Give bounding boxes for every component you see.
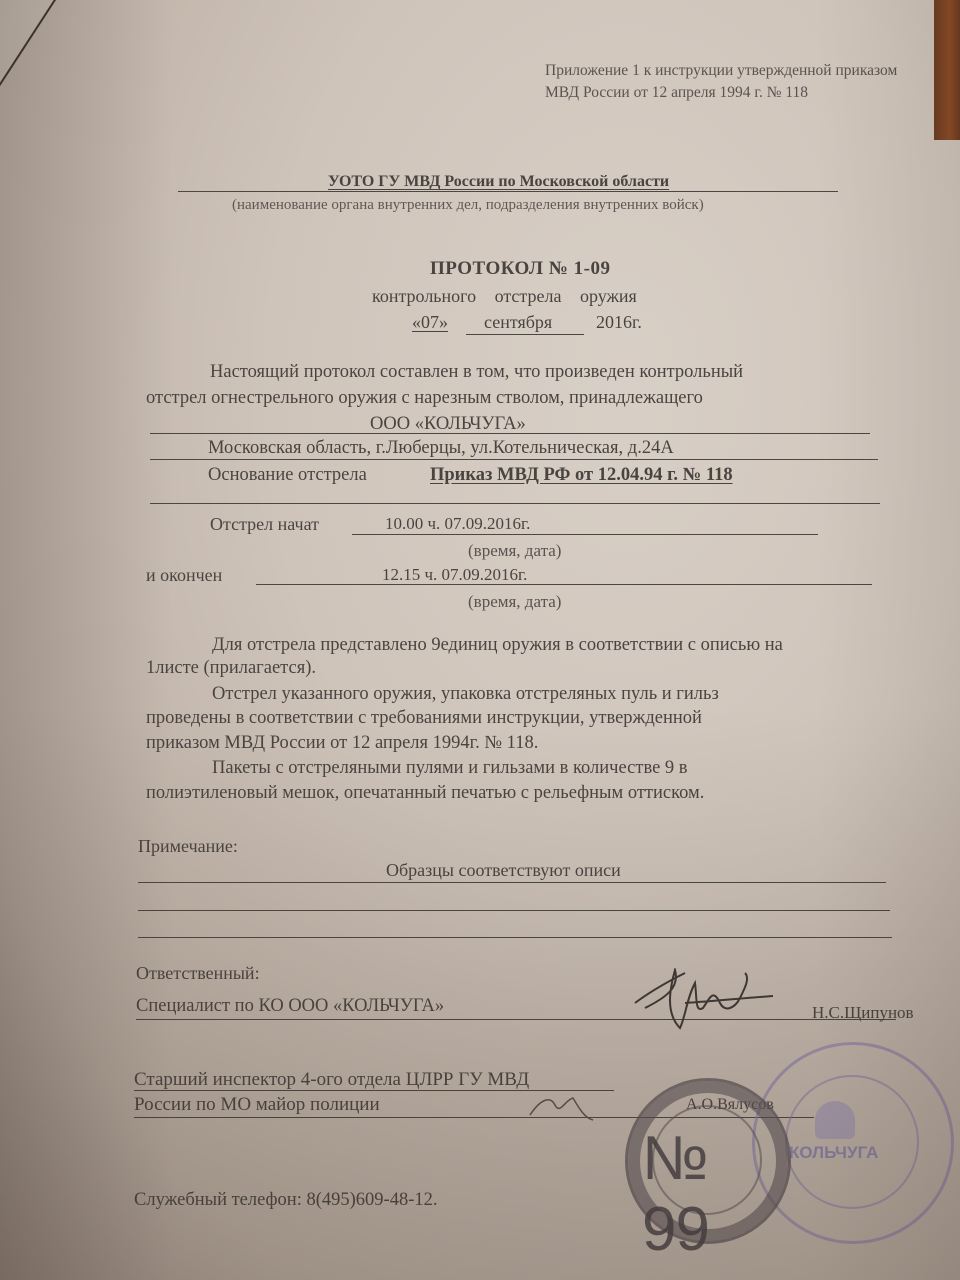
date-year: 2016г. [596, 312, 642, 333]
appendix-note: Приложение 1 к инструкции утвержденной п… [545, 60, 905, 104]
owner-name: ООО «КОЛЬЧУГА» [370, 414, 526, 435]
note-line-2 [138, 910, 890, 911]
inspector-role-line-1: Старший инспектор 4-ого отдела ЦЛРР ГУ М… [134, 1069, 529, 1091]
end-underline [256, 584, 872, 585]
paragraph-line: 1листе (прилагается). [146, 658, 316, 679]
company-stamp-text: КОЛЬЧУГА [789, 1143, 878, 1163]
org-underline [178, 191, 838, 192]
paragraph-line: полиэтиленовый мешок, опечатанный печать… [146, 783, 704, 804]
responsible-underline [136, 1019, 896, 1020]
note-label: Примечание: [138, 836, 238, 857]
address-underline [150, 459, 878, 460]
end-caption: (время, дата) [468, 592, 561, 612]
note-value: Образцы соответствуют описи [386, 860, 621, 881]
signature-icon [625, 968, 775, 1038]
paragraph-line: Для отстрела представлено 9единиц оружия… [212, 635, 783, 656]
paragraph-line: проведены в соответствии с требованиями … [146, 708, 702, 729]
start-caption: (время, дата) [468, 541, 561, 561]
organization-caption: (наименование органа внутренних дел, под… [232, 197, 704, 214]
paragraph-line: Пакеты с отстреляными пулями и гильзами … [212, 758, 688, 779]
start-label: Отстрел начат [210, 514, 319, 535]
dome-emblem-icon [815, 1101, 855, 1139]
table-edge [934, 0, 960, 140]
note-line-1 [138, 882, 886, 883]
intro-line-1: Настоящий протокол составлен в том, что … [210, 362, 743, 383]
responsible-label: Ответственный: [136, 963, 260, 984]
responsible-role: Специалист по КО ООО «КОЛЬЧУГА» [136, 996, 444, 1017]
responsible-name: Н.С.Щипунов [812, 1003, 914, 1023]
stamp-number: № 99 [642, 1123, 788, 1265]
intro-line-2: отстрел огнестрельного оружия с нарезным… [146, 388, 703, 409]
basis-value: Приказ МВД РФ от 12.04.94 г. № 118 [430, 465, 733, 486]
date-day: «07» [412, 312, 448, 333]
basis-blank-line [150, 503, 880, 504]
start-value: 10.00 ч. 07.09.2016г. [385, 514, 530, 534]
date-month: сентября [484, 312, 552, 333]
end-label: и окончен [146, 565, 222, 586]
paragraph-line: Отстрел указанного оружия, упаковка отст… [212, 684, 719, 705]
protocol-subtitle: контрольного отстрела оружия [372, 286, 637, 307]
organization-name: УОТО ГУ МВД России по Московской области [328, 173, 669, 191]
owner-address: Московская область, г.Люберцы, ул.Котель… [208, 438, 674, 459]
initials-signature-icon [525, 1090, 595, 1125]
note-line-3 [138, 937, 892, 938]
paper-fold-edge [0, 0, 82, 111]
end-value: 12.15 ч. 07.09.2016г. [382, 565, 527, 585]
start-underline [352, 534, 818, 535]
inspector-role-line-2: России по МО майор полиции [134, 1094, 380, 1116]
paragraph-line: приказом МВД России от 12 апреля 1994г. … [146, 733, 538, 754]
date-month-underline [466, 334, 584, 335]
basis-label: Основание отстрела [208, 465, 367, 486]
service-phone: Служебный телефон: 8(495)609-48-12. [134, 1190, 437, 1211]
police-number-stamp: № 99 [625, 1078, 791, 1244]
protocol-title: ПРОТОКОЛ № 1-09 [430, 258, 610, 280]
